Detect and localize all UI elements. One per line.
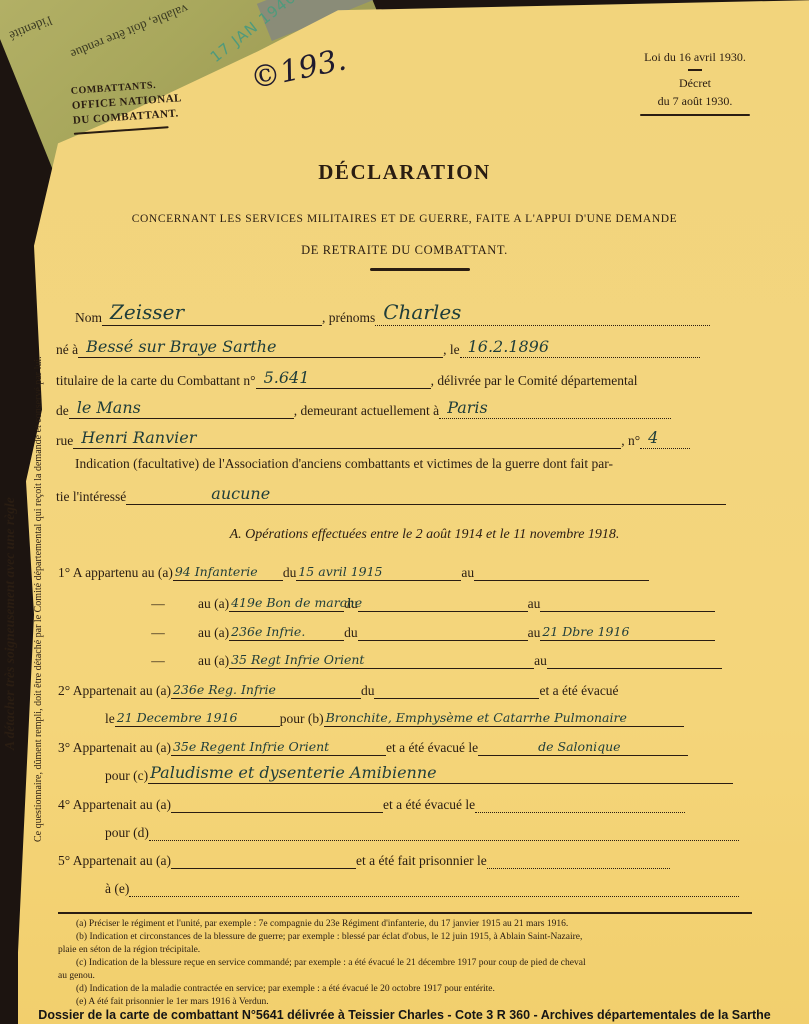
law-dash: [688, 69, 702, 71]
item3-evacue-value: de Salonique: [538, 739, 620, 754]
du-label: du: [361, 683, 375, 699]
item1-du-field[interactable]: 15 avril 1915: [296, 560, 461, 581]
item3-reason-value: Paludisme et dysenterie Amibienne: [150, 763, 437, 782]
item3-unit-field[interactable]: 35e Regent Infrie Orient: [171, 735, 386, 756]
item2-reason-field[interactable]: Bronchite, Emphysème et Catarrhe Pulmona…: [324, 706, 684, 727]
nom-label: Nom: [75, 310, 102, 326]
du-field[interactable]: [358, 591, 528, 612]
item1-unit-field[interactable]: 94 Infanterie: [173, 560, 283, 581]
row-item2: 2° Appartenait au (a) 236e Reg. Infrie d…: [58, 678, 619, 699]
le-label: , le: [443, 342, 460, 358]
carte-value: 5.641: [264, 368, 310, 387]
no-field[interactable]: 4: [640, 428, 690, 449]
au-field[interactable]: [540, 591, 715, 612]
row-demeurant: de le Mans , demeurant actuellement à Pa…: [56, 398, 671, 419]
row-naissance: né à Bessé sur Braye Sarthe , le 16.2.18…: [56, 337, 700, 358]
association-text: Indication (facultative) de l'Associatio…: [75, 456, 613, 472]
nom-field[interactable]: Zeisser: [102, 305, 322, 326]
item1-label: 1° A appartenu au (a): [58, 565, 173, 581]
le-value: 16.2.1896: [468, 337, 549, 356]
item5-prisonnier-field[interactable]: [487, 848, 670, 869]
delivree-label: , délivrée par le Comité départemental: [431, 373, 638, 389]
evacue-label: et a été évacué: [539, 683, 618, 699]
subtitle-line-2: DE RETRAITE DU COMBATTANT.: [40, 235, 769, 266]
au-a-label: au (a): [198, 596, 229, 612]
a-e-label: à (e): [105, 881, 129, 897]
declaration-form-page: [18, 0, 809, 1024]
row-item5: 5° Appartenait au (a) et a été fait pris…: [58, 848, 670, 869]
footnote-b: (b) Indication et circonstances de la bl…: [58, 931, 758, 944]
row-item1-2: — au (a) 419e Bon de marche du au: [118, 591, 715, 612]
footnote-c-cont: au genou.: [58, 970, 758, 983]
page-subtitle: CONCERNANT LES SERVICES MILITAIRES ET DE…: [40, 204, 769, 266]
prenoms-label: , prénoms: [322, 310, 375, 326]
item5-lieu-field[interactable]: [129, 876, 739, 897]
law-reference: Loi du 16 avril 1930. Décret du 7 août 1…: [625, 48, 765, 116]
item2-date-field[interactable]: 21 Decembre 1916: [115, 706, 280, 727]
le-field[interactable]: 16.2.1896: [460, 337, 700, 358]
evacue-label: et a été évacué le: [386, 740, 478, 756]
au-label: au: [534, 653, 547, 669]
pour-c-label: pour (c): [105, 768, 148, 784]
row-association: tie l'intéressé aucune: [56, 484, 726, 505]
row-dash: —: [118, 596, 198, 612]
law-decret-date: du 7 août 1930.: [625, 92, 765, 110]
item4-evacue-field[interactable]: [475, 792, 685, 813]
row-association-text: Indication (facultative) de l'Associatio…: [75, 456, 613, 472]
de-label: de: [56, 403, 69, 419]
du-label: du: [344, 625, 358, 641]
no-value: 4: [648, 428, 658, 447]
carte-label: titulaire de la carte du Combattant n°: [56, 373, 256, 389]
footnote-d: (d) Indication de la maladie contractée …: [58, 983, 758, 996]
unit-value: 419e Bon de marche: [231, 595, 362, 610]
demeurant-value: Paris: [447, 398, 488, 417]
au-a-label: au (a): [198, 625, 229, 641]
demeurant-field[interactable]: Paris: [439, 398, 671, 419]
ne-a-label: né à: [56, 342, 78, 358]
pour-b-label: pour (b): [280, 711, 324, 727]
row-item3: 3° Appartenait au (a) 35e Regent Infrie …: [58, 735, 688, 756]
unit-value: 35 Regt Infrie Orient: [231, 652, 364, 667]
item2-label: 2° Appartenait au (a): [58, 683, 171, 699]
unit-field[interactable]: 236e Infrie.: [229, 620, 344, 641]
rue-field[interactable]: Henri Ranvier: [73, 428, 621, 449]
carte-field[interactable]: 5.641: [256, 368, 431, 389]
au-a-label: au (a): [198, 653, 229, 669]
item1-unit-value: 94 Infanterie: [175, 564, 258, 579]
de-value: le Mans: [77, 398, 141, 417]
item1-du-value: 15 avril 1915: [298, 564, 382, 579]
row-nom: Nom Zeisser , prénoms Charles: [75, 305, 710, 326]
au-label: au: [528, 596, 541, 612]
page-title: DÉCLARATION: [0, 160, 809, 185]
au-field[interactable]: 21 Dbre 1916: [540, 620, 715, 641]
item3-evacue-field[interactable]: de Salonique: [478, 735, 688, 756]
row-dash: —: [118, 625, 198, 641]
item4-reason-field[interactable]: [149, 820, 739, 841]
footnote-b-cont: plaie en séton de la région trécipitale.: [58, 944, 758, 957]
item3-unit-value: 35e Regent Infrie Orient: [173, 739, 329, 754]
le-label: le: [105, 711, 115, 727]
row-item1-3: — au (a) 236e Infrie. du au 21 Dbre 1916: [118, 620, 715, 641]
item2-date-value: 21 Decembre 1916: [117, 710, 238, 725]
unit-field[interactable]: 419e Bon de marche: [229, 591, 344, 612]
law-decret-label: Décret: [625, 74, 765, 92]
row-item1: 1° A appartenu au (a) 94 Infanterie du 1…: [58, 560, 649, 581]
association-field[interactable]: aucune: [126, 484, 726, 505]
green-paper-text: valable, doit être rendue: [68, 0, 190, 62]
item4-unit-field[interactable]: [171, 792, 383, 813]
law-rule: [640, 114, 750, 116]
row-dash: —: [118, 653, 198, 669]
no-label: , n°: [621, 433, 640, 449]
association-value: aucune: [211, 484, 270, 503]
item4-label: 4° Appartenait au (a): [58, 797, 171, 813]
ne-a-field[interactable]: Bessé sur Braye Sarthe: [78, 337, 443, 358]
row-item1-4: — au (a) 35 Regt Infrie Orient au: [118, 648, 722, 669]
item5-label: 5° Appartenait au (a): [58, 853, 171, 869]
row-item4: 4° Appartenait au (a) et a été évacué le: [58, 792, 685, 813]
de-field[interactable]: le Mans: [69, 398, 294, 419]
row-item4-d: pour (d): [105, 820, 739, 841]
subtitle-line-1: CONCERNANT LES SERVICES MILITAIRES ET DE…: [40, 204, 769, 235]
du-field[interactable]: [358, 620, 528, 641]
evacue-label: et a été évacué le: [383, 797, 475, 813]
item2-du-field[interactable]: [374, 678, 539, 699]
archive-caption: Dossier de la carte de combattant N°5641…: [0, 1008, 809, 1022]
row-item5-e: à (e): [105, 876, 739, 897]
unit-value: 236e Infrie.: [231, 624, 305, 639]
footnotes: (a) Préciser le régiment et l'unité, par…: [58, 918, 758, 1009]
footnote-a: (a) Préciser le régiment et l'unité, par…: [58, 918, 758, 931]
row-rue: rue Henri Ranvier , n° 4: [56, 428, 690, 449]
item1-au-field[interactable]: [474, 560, 649, 581]
title-rule: [370, 268, 470, 271]
footnote-c: (c) Indication de la blessure reçue en s…: [58, 957, 758, 970]
side-text-instruction: Ce questionnaire, dûment rempli, doit êt…: [33, 356, 44, 842]
au-label: au: [528, 625, 541, 641]
unit-field[interactable]: 35 Regt Infrie Orient: [229, 648, 534, 669]
au-value: 21 Dbre 1916: [542, 624, 629, 639]
row-item3-c: pour (c) Paludisme et dysenterie Amibien…: [105, 763, 733, 784]
item3-label: 3° Appartenait au (a): [58, 740, 171, 756]
prenoms-field[interactable]: Charles: [375, 305, 710, 326]
item2-unit-value: 236e Reg. Infrie: [173, 682, 276, 697]
row-carte: titulaire de la carte du Combattant n° 5…: [56, 368, 638, 389]
rue-value: Henri Ranvier: [81, 428, 196, 447]
au-field[interactable]: [547, 648, 722, 669]
green-paper-text: l'identité: [7, 12, 55, 44]
item3-reason-field[interactable]: Paludisme et dysenterie Amibienne: [148, 763, 733, 784]
item2-reason-value: Bronchite, Emphysème et Catarrhe Pulmona…: [326, 710, 627, 725]
prisonnier-label: et a été fait prisonnier le: [356, 853, 487, 869]
item2-unit-field[interactable]: 236e Reg. Infrie: [171, 678, 361, 699]
office-header: COMBATTANTS. OFFICE NATIONAL DU COMBATTA…: [70, 76, 184, 135]
nom-value: Zeisser: [110, 300, 184, 324]
row-item2-b: le 21 Decembre 1916 pour (b) Bronchite, …: [105, 706, 684, 727]
section-a-heading: A. Opérations effectuées entre le 2 août…: [0, 527, 809, 543]
association-label: tie l'intéressé: [56, 489, 126, 505]
item5-unit-field[interactable]: [171, 848, 356, 869]
demeurant-label: , demeurant actuellement à: [294, 403, 439, 419]
footnotes-divider: [58, 912, 752, 914]
au-label: au: [461, 565, 474, 581]
pour-d-label: pour (d): [105, 825, 149, 841]
ne-a-value: Bessé sur Braye Sarthe: [86, 337, 276, 356]
du-label: du: [283, 565, 297, 581]
rue-label: rue: [56, 433, 73, 449]
law-loi: Loi du 16 avril 1930.: [625, 48, 765, 66]
prenoms-value: Charles: [383, 300, 461, 324]
